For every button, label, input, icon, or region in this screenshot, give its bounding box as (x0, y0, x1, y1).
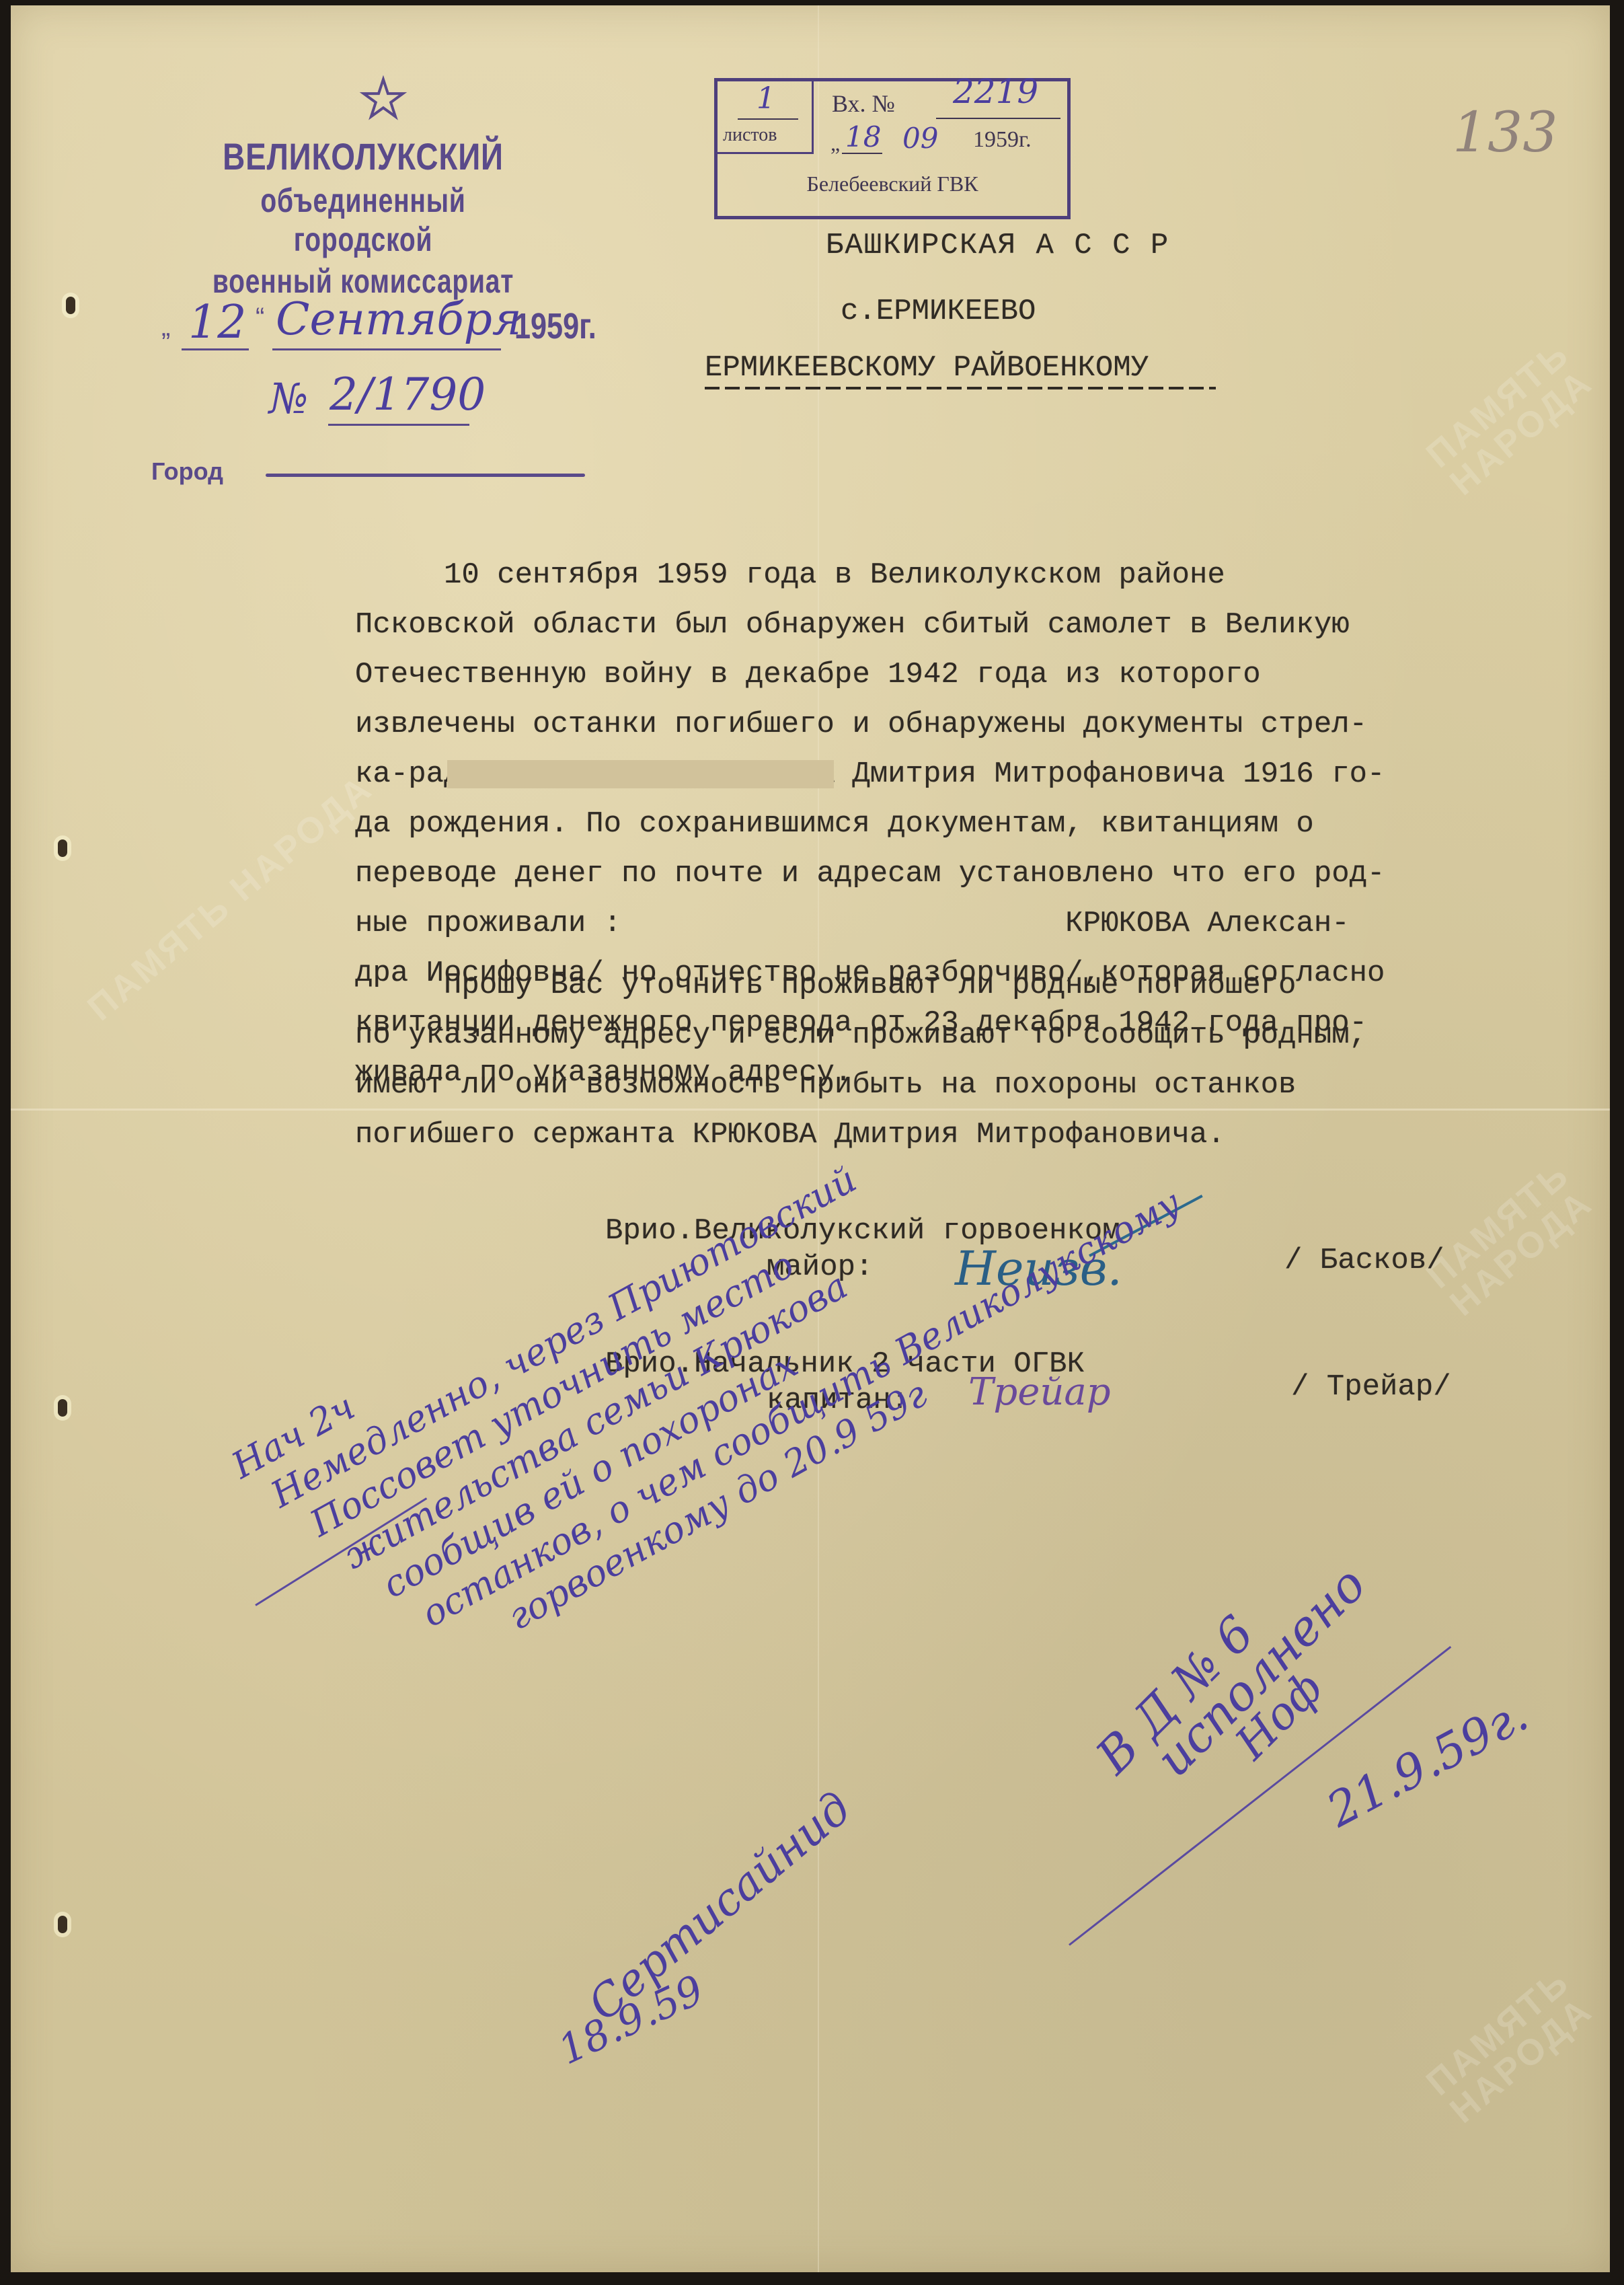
incoming-number: 2219 (953, 72, 1038, 111)
signer-2-name: / Трейар/ (1291, 1370, 1451, 1404)
outgoing-number: № 2/1790 (269, 370, 538, 430)
punch-hole (66, 297, 75, 314)
star-icon: ★ (188, 74, 578, 125)
punch-hole (58, 1399, 67, 1417)
redacted-address (447, 760, 834, 788)
receiving-organization: Белебеевский ГВК (718, 172, 1067, 196)
outgoing-date-year: 1959г. (514, 305, 596, 347)
outgoing-date: „ 12 “ Сентября 1959г. (161, 296, 592, 357)
punch-hole (58, 1916, 67, 1933)
addressee-underline (705, 387, 1216, 389)
punch-hole (58, 839, 67, 857)
watermark: ПАМЯТЬ НАРОДА (1409, 1954, 1610, 2138)
commissariat-header-stamp: ★ ВЕЛИКОЛУКСКИЙ объединенный городской в… (148, 74, 578, 301)
addressee-region: БАШКИРСКАЯ А С С Р (826, 229, 1169, 262)
sheets-box: 1 листов (718, 81, 814, 154)
addressee-village: с.ЕРМИКЕЕВО (841, 295, 1036, 328)
incoming-registration-stamp: 1 листов Вх. № 2219 „ 18 09 1959г. Белеб… (714, 78, 1071, 219)
city-field: Город (151, 457, 582, 491)
signer-1-name: / Басков/ (1284, 1244, 1444, 1277)
watermark: ПАМЯТЬ НАРОДА (1409, 1147, 1610, 1331)
outgoing-date-month: Сентября (276, 293, 522, 345)
watermark: ПАМЯТЬ НАРОДА (81, 769, 379, 1027)
outgoing-number-value: 2/1790 (330, 369, 486, 420)
outgoing-date-day: 12 (188, 296, 247, 349)
archive-page-number: 133 (1453, 101, 1558, 165)
addressee-recipient: ЕРМИКЕЕВСКОМУ РАЙВОЕНКОМУ (705, 351, 1149, 385)
watermark: ПАМЯТЬ НАРОДА (1409, 326, 1610, 511)
stamp-org-type: объединенный городской (195, 181, 531, 259)
stamp-org-name: ВЕЛИКОЛУКСКИЙ (187, 135, 540, 178)
